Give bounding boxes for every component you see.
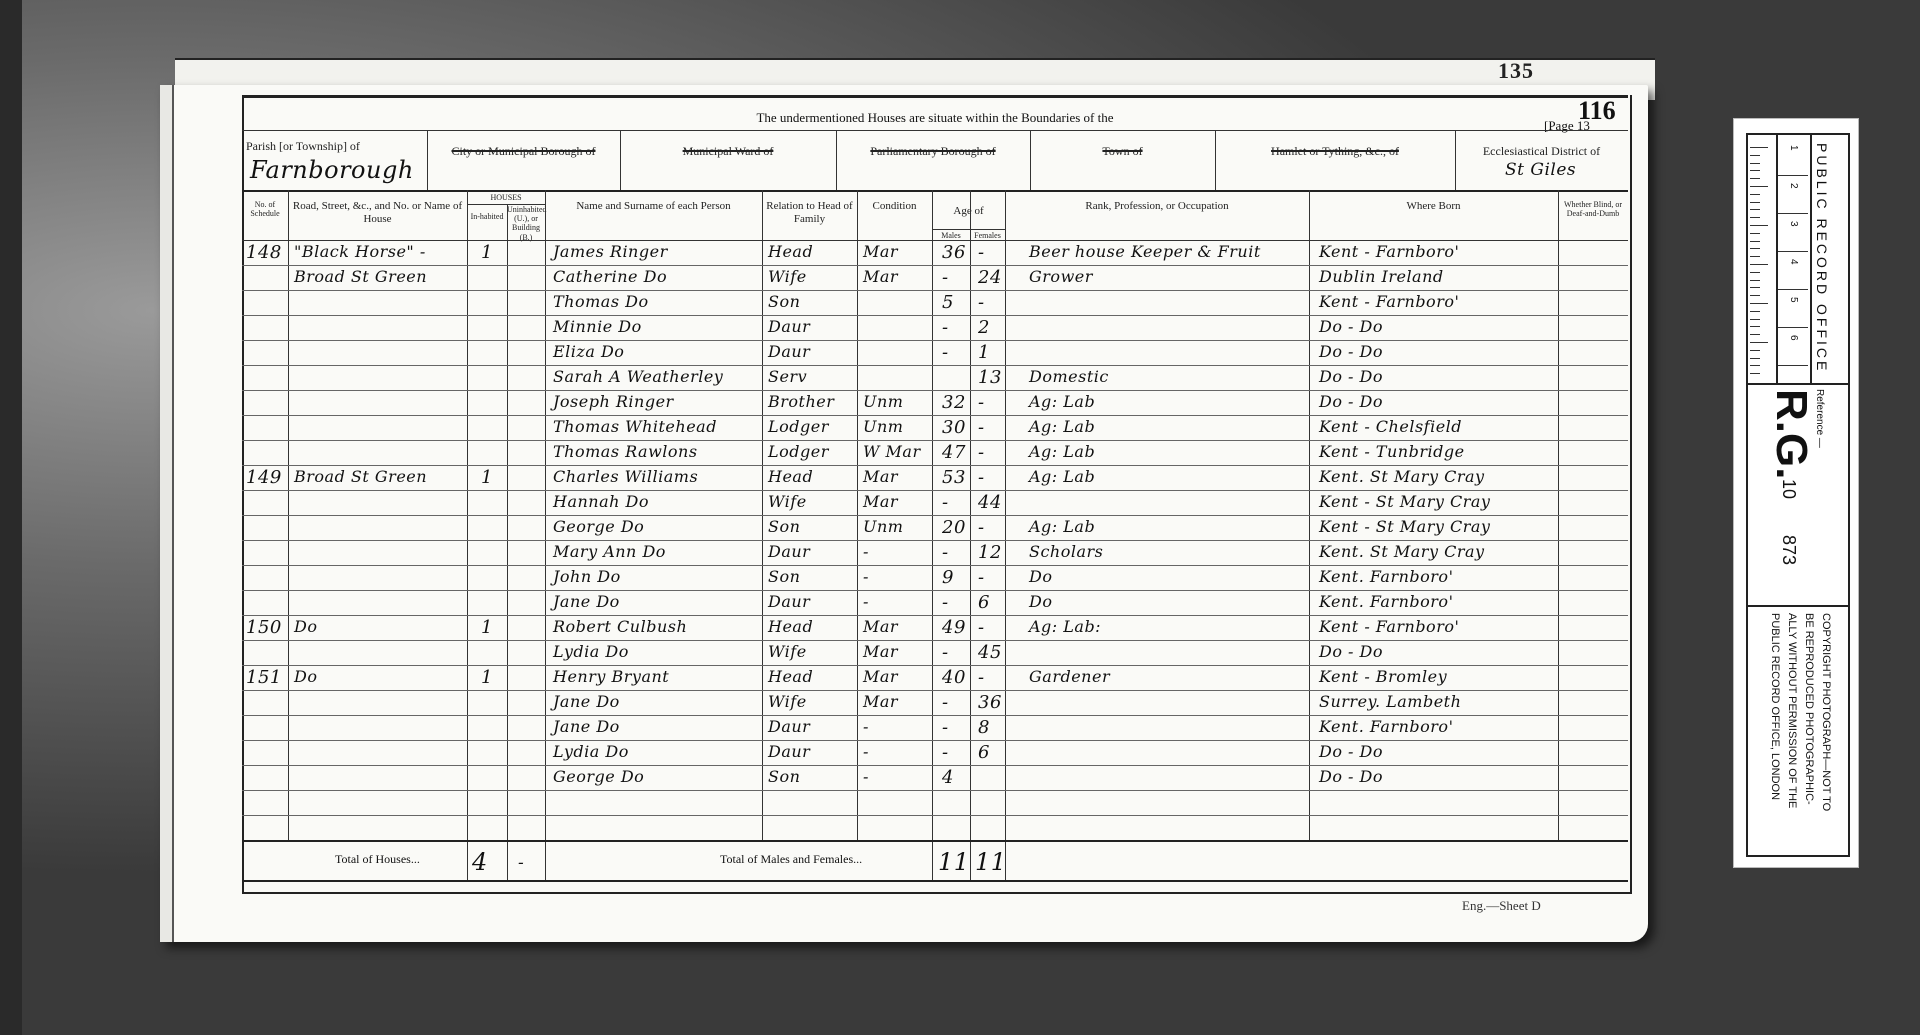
cell-condition: - <box>863 592 869 611</box>
scale-tick <box>1750 319 1760 320</box>
column-header-occupation: Rank, Profession, or Occupation <box>1007 200 1307 213</box>
cell-relation: Daur <box>768 742 810 761</box>
cell-name: Lydia Do <box>553 642 629 661</box>
total-houses-label: Total of Houses... <box>335 852 420 867</box>
cell-female: 44 <box>978 492 1002 513</box>
scale-tick <box>1750 326 1760 327</box>
boundary-label: Hamlet or Tything, &c., of <box>1219 145 1451 159</box>
cell-female: 36 <box>978 692 1002 713</box>
scale-tick <box>1750 170 1760 171</box>
cell-condition: Unm <box>863 417 903 436</box>
row-rule <box>242 715 1628 716</box>
scale-tick <box>1750 342 1768 343</box>
row-rule <box>242 490 1628 491</box>
copyright-line: PUBLIC RECORD OFFICE, LONDON <box>1769 613 1781 800</box>
column-header-schedule: No. of Schedule <box>244 200 286 218</box>
scale-tick <box>1778 213 1808 214</box>
cell-female: - <box>978 467 985 488</box>
cell-condition: Mar <box>863 692 898 711</box>
cell-condition: - <box>863 717 869 736</box>
cell-relation: Wife <box>768 267 807 286</box>
reference-strip: PUBLIC RECORD OFFICE 123456 Reference — … <box>1733 118 1859 868</box>
cell-condition: Mar <box>863 467 898 486</box>
cell-name: Lydia Do <box>553 742 629 761</box>
folio-reference: 873 <box>1778 535 1799 565</box>
cell-schedule: 151 <box>246 667 282 688</box>
column-rule <box>507 204 508 880</box>
total-persons-label: Total of Males and Females... <box>720 852 862 867</box>
cell-female: 1 <box>978 342 990 363</box>
office-label: PUBLIC RECORD OFFICE <box>1814 143 1830 373</box>
cell-born: Kent. St Mary Cray <box>1319 542 1485 561</box>
cell-male: 36 <box>942 242 966 263</box>
cell-condition: - <box>863 567 869 586</box>
scale-tick <box>1750 209 1760 210</box>
cell-inh: 1 <box>481 242 493 263</box>
scale-tick <box>1750 147 1768 148</box>
cell-name: James Ringer <box>553 242 668 261</box>
rule <box>932 229 1005 230</box>
cell-male: - <box>942 592 949 613</box>
rule <box>1748 605 1848 607</box>
cell-inh: 1 <box>481 667 493 688</box>
cell-relation: Head <box>768 667 813 686</box>
row-rule <box>242 515 1628 516</box>
cell-relation: Son <box>768 292 800 311</box>
cell-female: - <box>978 417 985 438</box>
column-header-born: Where Born <box>1311 200 1556 213</box>
cell-address: "Black Horse" - <box>294 242 426 261</box>
row-rule <box>242 465 1628 466</box>
cell-condition: - <box>863 542 869 561</box>
cell-occupation: Ag: Lab <box>1029 417 1095 436</box>
scale-tick <box>1750 350 1760 351</box>
cell-schedule: 149 <box>246 467 282 488</box>
cell-female: - <box>978 442 985 463</box>
cell-occupation: Do <box>1029 567 1052 586</box>
cell-condition: Unm <box>863 517 903 536</box>
scale-tick <box>1750 163 1760 164</box>
rule <box>1810 135 1812 383</box>
scale-mark: 2 <box>1788 183 1799 189</box>
cell-male: 53 <box>942 467 966 488</box>
copyright-line: COPYRIGHT PHOTOGRAPH—NOT TO <box>1820 613 1832 811</box>
column-header-relation: Relation to Head of Family <box>764 200 855 225</box>
row-rule <box>242 340 1628 341</box>
cell-female: 8 <box>978 717 990 738</box>
cell-name: George Do <box>553 517 644 536</box>
cell-born: Do - Do <box>1319 342 1383 361</box>
column-rule <box>1005 190 1006 880</box>
boundary-label: Municipal Ward of <box>624 145 832 159</box>
row-rule <box>242 440 1628 441</box>
cell-name: Robert Culbush <box>553 617 687 636</box>
row-rule <box>242 565 1628 566</box>
cell-female: 6 <box>978 592 990 613</box>
cell-condition: - <box>863 767 869 786</box>
cell-relation: Head <box>768 467 813 486</box>
cell-born: Do - Do <box>1319 367 1383 386</box>
boundary-label: City or Municipal Borough of <box>431 145 616 159</box>
scale-tick <box>1750 202 1760 203</box>
row-rule <box>242 790 1628 791</box>
piece-number: 10 <box>1778 479 1799 499</box>
cell-born: Kent. Farnboro' <box>1319 592 1453 611</box>
cell-relation: Daur <box>768 342 810 361</box>
scale-tick <box>1750 303 1768 304</box>
cell-condition: W Mar <box>863 442 921 461</box>
cell-male: - <box>942 317 949 338</box>
cell-relation: Head <box>768 617 813 636</box>
cell-born: Kent - Farnboro' <box>1319 617 1459 636</box>
scale-mark: 4 <box>1788 259 1799 265</box>
cell-name: John Do <box>553 567 621 586</box>
cell-name: Thomas Whitehead <box>553 417 717 436</box>
scale-tick <box>1750 155 1760 156</box>
cell-occupation: Gardener <box>1029 667 1110 686</box>
rule <box>1030 130 1031 190</box>
cell-name: Thomas Do <box>553 292 649 311</box>
cell-born: Kent - Farnboro' <box>1319 292 1459 311</box>
underlying-folio-number: 135 <box>1498 58 1534 84</box>
scale-tick <box>1750 248 1760 249</box>
cell-born: Kent - Bromley <box>1319 667 1447 686</box>
column-rule <box>970 190 971 880</box>
cell-inh: 1 <box>481 617 493 638</box>
cell-schedule: 150 <box>246 617 282 638</box>
column-header-males: Males <box>932 231 970 240</box>
cell-born: Dublin Ireland <box>1319 267 1444 286</box>
rule <box>1455 130 1456 190</box>
cell-condition: Mar <box>863 667 898 686</box>
rule <box>1215 130 1216 190</box>
sheet-footer: Eng.—Sheet D <box>1462 898 1541 914</box>
scale-mark: 1 <box>1788 145 1799 151</box>
scale-tick <box>1750 311 1760 312</box>
cell-born: Kent - Farnboro' <box>1319 242 1459 261</box>
cell-male: - <box>942 742 949 763</box>
cell-occupation: Do <box>1029 592 1052 611</box>
scale-tick <box>1778 251 1808 252</box>
rule <box>836 130 837 190</box>
cell-relation: Daur <box>768 717 810 736</box>
cell-relation: Son <box>768 517 800 536</box>
cell-born: Kent. St Mary Cray <box>1319 467 1485 486</box>
cell-occupation: Domestic <box>1029 367 1109 386</box>
cell-born: Kent - Tunbridge <box>1319 442 1465 461</box>
cell-condition: Mar <box>863 492 898 511</box>
scale-tick <box>1750 287 1760 288</box>
cell-relation: Brother <box>768 392 834 411</box>
cell-female: - <box>978 242 985 263</box>
column-header-uninhabited: Uninhabited (U.), or Building (B.) <box>507 205 545 242</box>
boundary-label: Parliamentary Borough of <box>840 145 1026 159</box>
column-header-disability: Whether Blind, or Deaf-and-Dumb <box>1560 200 1626 218</box>
scale-tick <box>1778 327 1808 328</box>
cell-female: - <box>978 292 985 313</box>
copyright-line: ALLY WITHOUT PERMISSION OF THE <box>1786 613 1798 808</box>
cell-born: Do - Do <box>1319 742 1383 761</box>
cell-relation: Daur <box>768 592 810 611</box>
cell-female: 13 <box>978 367 1002 388</box>
scale-tick <box>1778 365 1808 366</box>
cell-relation: Lodger <box>768 442 829 461</box>
rule <box>427 130 428 190</box>
cell-male: - <box>942 692 949 713</box>
boundary-label: Ecclesiastical District of <box>1459 145 1624 159</box>
scale-tick <box>1750 365 1760 366</box>
row-rule <box>242 815 1628 816</box>
rule <box>620 130 621 190</box>
cell-address: Do <box>294 667 317 686</box>
cell-female: 45 <box>978 642 1002 663</box>
cell-born: Do - Do <box>1319 317 1383 336</box>
cell-address: Broad St Green <box>294 267 427 286</box>
column-header-name: Name and Surname of each Person <box>547 200 760 213</box>
scale-tick <box>1750 194 1760 195</box>
scale-tick <box>1750 233 1760 234</box>
column-header-females: Females <box>970 231 1005 240</box>
cell-male: - <box>942 267 949 288</box>
cell-occupation: Grower <box>1029 267 1093 286</box>
cell-female: 24 <box>978 267 1002 288</box>
rule <box>242 190 1628 192</box>
row-rule <box>242 640 1628 641</box>
cell-address: Broad St Green <box>294 467 427 486</box>
boundary-label: Parish [or Township] of <box>246 140 423 154</box>
cell-female: 12 <box>978 542 1002 563</box>
totals-bottom-rule <box>242 880 1628 882</box>
cell-address: Do <box>294 617 317 636</box>
cell-female: - <box>978 517 985 538</box>
cell-condition: - <box>863 742 869 761</box>
cell-name: Jane Do <box>553 592 620 611</box>
cell-name: Thomas Rawlons <box>553 442 698 461</box>
cell-name: Jane Do <box>553 692 620 711</box>
row-rule <box>242 665 1628 666</box>
cell-female: - <box>978 617 985 638</box>
scan-edge <box>0 0 22 1035</box>
cell-male: 49 <box>942 617 966 638</box>
cell-name: Jane Do <box>553 717 620 736</box>
rule <box>242 240 1628 241</box>
cell-born: Do - Do <box>1319 767 1383 786</box>
cell-name: Eliza Do <box>553 342 624 361</box>
cell-born: Kent. Farnboro' <box>1319 717 1453 736</box>
scale-tick <box>1750 272 1760 273</box>
cell-name: Sarah A Weatherley <box>553 367 723 386</box>
column-header-address: Road, Street, &c., and No. or Name of Ho… <box>290 200 465 225</box>
cell-occupation: Ag: Lab <box>1029 517 1095 536</box>
cell-born: Kent. Farnboro' <box>1319 567 1453 586</box>
column-header-condition: Condition <box>859 200 930 213</box>
cell-relation: Son <box>768 567 800 586</box>
cell-male: 5 <box>942 292 954 313</box>
cell-condition: Mar <box>863 642 898 661</box>
cell-name: Joseph Ringer <box>553 392 674 411</box>
series-code: R.G. <box>1766 389 1816 479</box>
scale-tick <box>1750 241 1760 242</box>
scale-tick <box>1750 178 1760 179</box>
cell-name: Charles Williams <box>553 467 698 486</box>
cell-relation: Lodger <box>768 417 829 436</box>
cell-male: 30 <box>942 417 966 438</box>
rule <box>1776 135 1778 383</box>
cell-born: Kent - St Mary Cray <box>1319 492 1490 511</box>
row-rule <box>242 290 1628 291</box>
cell-occupation: Scholars <box>1029 542 1103 561</box>
row-rule <box>242 540 1628 541</box>
cell-occupation: Ag: Lab <box>1029 442 1095 461</box>
cell-born: Surrey. Lambeth <box>1319 692 1461 711</box>
column-rule <box>932 190 933 880</box>
scale-mark: 5 <box>1788 297 1799 303</box>
cell-born: Do - Do <box>1319 642 1383 661</box>
cell-born: Do - Do <box>1319 392 1383 411</box>
scale-tick <box>1750 280 1760 281</box>
total-houses-inhabited: 4 <box>472 848 488 876</box>
scale-tick <box>1750 358 1760 359</box>
row-rule <box>242 765 1628 766</box>
boundary-value: Farnborough <box>250 156 414 184</box>
row-rule <box>242 740 1628 741</box>
cell-condition: Mar <box>863 267 898 286</box>
cell-relation: Daur <box>768 542 810 561</box>
total-houses-uninhabited: - <box>518 853 524 873</box>
cell-name: Catherine Do <box>553 267 667 286</box>
cell-male: 40 <box>942 667 966 688</box>
cell-male: - <box>942 642 949 663</box>
cell-female: 2 <box>978 317 990 338</box>
cell-relation: Daur <box>768 317 810 336</box>
cell-male: 32 <box>942 392 966 413</box>
column-rule <box>467 190 468 880</box>
cell-female: 6 <box>978 742 990 763</box>
rule <box>1748 383 1848 385</box>
cell-male: - <box>942 542 949 563</box>
total-males: 11 <box>938 848 970 876</box>
cell-female: - <box>978 667 985 688</box>
cell-relation: Head <box>768 242 813 261</box>
cell-inh: 1 <box>481 467 493 488</box>
cell-male: 4 <box>942 767 954 788</box>
total-females: 11 <box>975 848 1007 876</box>
cell-female: - <box>978 392 985 413</box>
cell-condition: Unm <box>863 392 903 411</box>
row-rule <box>242 690 1628 691</box>
scale-tick <box>1750 186 1768 187</box>
rule <box>467 204 545 205</box>
column-header-age: Age of <box>932 205 1005 218</box>
scale-tick <box>1750 256 1760 257</box>
page-spine <box>160 85 174 942</box>
cell-occupation: Beer house Keeper & Fruit <box>1029 242 1261 261</box>
cell-condition: Mar <box>863 242 898 261</box>
scale-tick <box>1750 264 1768 265</box>
scale-tick <box>1750 225 1768 226</box>
row-rule <box>242 265 1628 266</box>
scale-tick <box>1778 175 1808 176</box>
cell-occupation: Ag: Lab: <box>1029 617 1101 636</box>
copyright-line: BE REPRODUCED PHOTOGRAPHIC- <box>1803 613 1815 805</box>
cell-occupation: Ag: Lab <box>1029 392 1095 411</box>
cell-name: Minnie Do <box>553 317 642 336</box>
cell-relation: Wife <box>768 642 807 661</box>
cell-name: George Do <box>553 767 644 786</box>
scale-mark: 6 <box>1788 335 1799 341</box>
row-rule <box>242 615 1628 616</box>
cell-female: - <box>978 567 985 588</box>
rule <box>242 130 1628 131</box>
scale-tick <box>1750 217 1760 218</box>
cell-relation: Son <box>768 767 800 786</box>
row-rule <box>242 315 1628 316</box>
column-header-inhabited: In-habited <box>467 212 507 221</box>
reference-strip-frame: PUBLIC RECORD OFFICE 123456 Reference — … <box>1746 133 1850 857</box>
cell-male: 20 <box>942 517 966 538</box>
cell-occupation: Ag: Lab <box>1029 467 1095 486</box>
cell-schedule: 148 <box>246 242 282 263</box>
cell-name: Hannah Do <box>553 492 649 511</box>
cell-born: Kent - Chelsfield <box>1319 417 1462 436</box>
cell-condition: Mar <box>863 617 898 636</box>
cell-male: - <box>942 492 949 513</box>
cell-male: 47 <box>942 442 966 463</box>
cell-relation: Serv <box>768 367 807 386</box>
row-rule <box>242 590 1628 591</box>
scale-tick <box>1778 289 1808 290</box>
row-rule <box>242 365 1628 366</box>
scale-tick <box>1750 295 1760 296</box>
cell-relation: Wife <box>768 492 807 511</box>
totals-top-rule <box>242 840 1628 842</box>
scale-tick <box>1750 373 1760 374</box>
cell-relation: Wife <box>768 692 807 711</box>
column-header-houses: HOUSES <box>467 193 545 202</box>
row-rule <box>242 415 1628 416</box>
boundary-value: St Giles <box>1505 160 1576 180</box>
row-rule <box>242 390 1628 391</box>
boundary-label: Town of <box>1034 145 1211 159</box>
cell-male: - <box>942 717 949 738</box>
scale-mark: 3 <box>1788 221 1799 227</box>
column-rule <box>545 190 546 880</box>
cell-male: - <box>942 342 949 363</box>
scale-tick <box>1750 334 1760 335</box>
cell-male: 9 <box>942 567 954 588</box>
cell-name: Mary Ann Do <box>553 542 666 561</box>
cell-name: Henry Bryant <box>553 667 669 686</box>
cell-born: Kent - St Mary Cray <box>1319 517 1490 536</box>
